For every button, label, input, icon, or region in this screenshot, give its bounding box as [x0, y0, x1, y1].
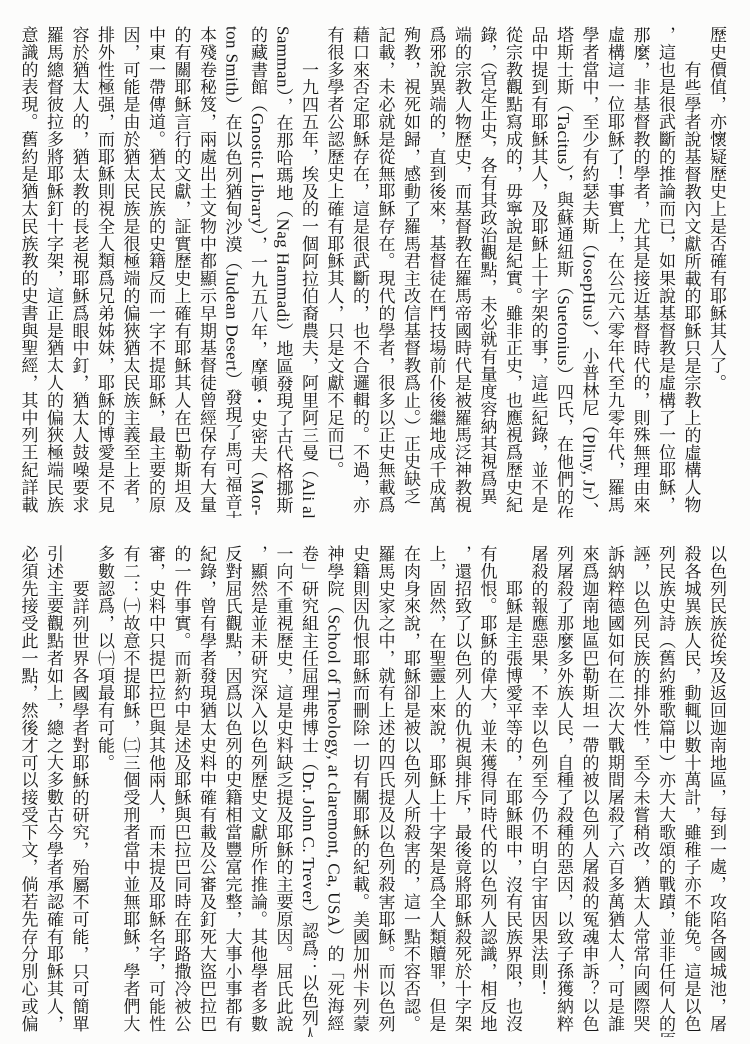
text-column: 羅馬總督彼拉多將耶穌釘十字架，這正是猶太人的偏狹極端民族 [41, 26, 67, 518]
text-column: 以色列民族從埃及返回迦南地區，每到一處，攻陷各國城池，屠 [704, 545, 730, 1037]
text-column: 因，可能是由於猶太民族是很極端的偏狹猶太民族主義至上者， [117, 26, 143, 518]
text-column: ton Smith）在以色列猶甸沙漠（Judean Desert）發現了馬可福音… [219, 26, 245, 518]
text-column: 本殘卷秘笈，兩處出土文物中都顯示早期基督徒曾經保存有大量 [194, 26, 220, 518]
text-column: 學者當中，至少有約瑟夫斯（JosepHus）、小普林尼（Pliny, Jr）、 [576, 26, 602, 518]
text-column: 的一件事實。而新約中是述及耶穌與巴拉巴同時在耶路撒冷被公 [168, 545, 194, 1037]
text-column: 神學院（School of Theology, at claremont, Ca… [321, 545, 347, 1037]
text-column: 殺各城異族人民，動輒以數十萬計，雖稚子亦不能免。這是以色 [678, 545, 704, 1037]
text-column: 在肉身來說，耶穌卻是被以色列人所殺害的，這一點不容否認。 [398, 545, 424, 1037]
text-column: 歷史價值，亦懷疑歷史上是否確有耶穌其人了。 [704, 26, 730, 518]
text-column: ，還招致了以色列人的仇視與排斥，最後竟將耶穌殺死於十字架 [449, 545, 475, 1037]
text-column: 列民族史詩（舊約雅歌篇中）亦大大歌頌的戰蹟，並非任何人的原 [653, 545, 679, 1037]
text-column: 審，史料中只提巴拉巴與其他兩人，而未提及耶穌名字，可能性 [143, 545, 169, 1037]
lower-text-block: 以色列民族從埃及返回迦南地區，每到一處，攻陷各國城池，屠 殺各城異族人民，動輒以… [15, 545, 729, 1037]
text-column: 意識的表現。舊約是猶太民族教的史書與聖經，其中列王紀詳載 [15, 26, 41, 518]
text-column: 上，固然，在聖靈上來說，耶穌上十字架是爲全人類贖罪，但是 [423, 545, 449, 1037]
text-column: 殉教，視死如歸，感動了羅馬君主改信基督教爲止。）正史缺乏 [398, 26, 424, 518]
text-column: 引述主要觀點者如上，總之大多數古今學者承認確有耶穌其人， [41, 545, 67, 1037]
text-column: 爲邪說異端的，直到後來，基督徒在鬥技場前仆後繼地成千成萬 [423, 26, 449, 518]
text-column: 記載，未必就是從無耶穌存在。現代的學者，很多以正史無載爲 [372, 26, 398, 518]
text-column: 訴納粹德國如何在二次大戰期間屠殺了六百多萬猶太人，可是誰 [602, 545, 628, 1037]
text-column: 史籍則因仇恨耶穌而刪除一切有關耶穌的紀載。美國加州卡列蒙 [347, 545, 373, 1037]
text-column: 的藏書館（Gnostic Library），一九五八年，摩頓・史密夫（Mor- [245, 26, 271, 518]
text-column: 虛構這一位耶穌了！事實上，在公元六零年代至九零年代，羅馬 [602, 26, 628, 518]
text-column: 要詳列世界各國學者對耶穌的研究，殆屬不可能，只可簡單 [66, 545, 92, 1037]
text-column: 那麼，非基督教的學者，尤其是接近基督時代的，則殊無理由來 [627, 26, 653, 518]
text-column: Samman），在那哈瑪地（Nag Hammadi）地區發現了古代格挪斯 [270, 26, 296, 518]
text-column: 從宗教觀點寫成的，毋寧說是紀實。雖非正史，也應視爲歷史紀 [500, 26, 526, 518]
text-column: 中東一帶傳道。猶太民族的史籍反而一字不提耶穌，最主要的原 [143, 26, 169, 518]
text-column: 卷」研究組主任屈理弗博士（Dr. John C. Trever）認爲：以色列人 [296, 545, 322, 1037]
text-column: 排外性極强，而耶穌則視全人類爲兄弟姊妹，耶穌的博愛是不見 [92, 26, 118, 518]
text-column: 有二：㈠故意不提耶穌，㈡三個受刑者當中並無耶穌，學者們大 [117, 545, 143, 1037]
text-column: 有很多學者公認歷史上確有耶穌其人，只是文獻不足而已。 [321, 26, 347, 518]
text-column: 塔斯士斯（Tacitus），與蘇通紐斯（Suetonius）四氏，在他們的作 [551, 26, 577, 518]
text-column: 品中提到有耶穌其人，及耶穌上十字架的事，這些紀錄，並不是 [525, 26, 551, 518]
text-column: 來爲迦南地區巴勒斯坦一帶的被以色列人屠殺的冤魂申訴？以色 [576, 545, 602, 1037]
text-column: 錄，（官定正史，各有其政治觀點，未必就有量度容納其視爲異 [474, 26, 500, 518]
text-column: 一向不重視歷史，這是史料缺乏提及耶穌的主要原因。屈氏此說 [270, 545, 296, 1037]
text-column: 藉口來否定耶穌存在，這是很武斷的，也不合邏輯的。不過，亦 [347, 26, 373, 518]
text-column: 羅馬史家之中，就有上述的四氏提及以色列殺害耶穌。而以色列 [372, 545, 398, 1037]
text-column: 有仇恨。耶穌的偉大，並未獲得同時代的以色列人認識，相反地 [474, 545, 500, 1037]
text-column: ，這也是很武斷的推論而已，如果說基督教是虛構了一位耶穌， [653, 26, 679, 518]
text-column: ，顯然是並未研究深入以色列歷史文獻所作推論。其他學者多數 [245, 545, 271, 1037]
text-column: 的有關耶穌言行的文獻，証實歷史上確有耶穌其人在巴勒斯坦及 [168, 26, 194, 518]
text-column: 容於猶太人的，猶太教的長老視耶穌爲眼中釘，猶太人鼓噪要求 [66, 26, 92, 518]
text-column: 多數認爲，以㈠項最有可能。 [92, 545, 118, 1037]
text-column: 必須先接受此一點，然後才可以接受下文，倘若先存分別心或偏 [15, 545, 41, 1037]
text-column: 一九四五年，埃及的一個阿拉伯裔農夫，阿里阿三曼（Ali al- [296, 26, 322, 518]
text-column: 端的宗教人物歷史，而基督教在羅馬帝國時代是被羅馬泛神教視 [449, 26, 475, 518]
upper-text-block: 歷史價值，亦懷疑歷史上是否確有耶穌其人了。 有些學者說基督教內文獻所載的耶穌只是… [15, 26, 729, 518]
text-column: 誣，以色列民族的排外性，至今未嘗稍改，猶太人常常向國際哭 [627, 545, 653, 1037]
text-column: 有些學者說基督教內文獻所載的耶穌只是宗教上的虛構人物 [678, 26, 704, 518]
text-column: 耶穌是主張博愛平等的，在耶穌眼中，沒有民族界限，也沒 [500, 545, 526, 1037]
text-column: 列屠殺了那麼多外族人民，自種了殺種的惡因，以致子孫獲納粹 [551, 545, 577, 1037]
text-column: 屠殺的報應惡果，不幸以色列至今仍不明白宇宙因果法則！ [525, 545, 551, 1037]
text-column: 紀錄，曾有學者發現猶太史料中確有載及公審及釘死大盜巴拉巴 [194, 545, 220, 1037]
text-column: 反對屈氏觀點，因爲以色列的史籍相當豐富完整，大事小事都有 [219, 545, 245, 1037]
